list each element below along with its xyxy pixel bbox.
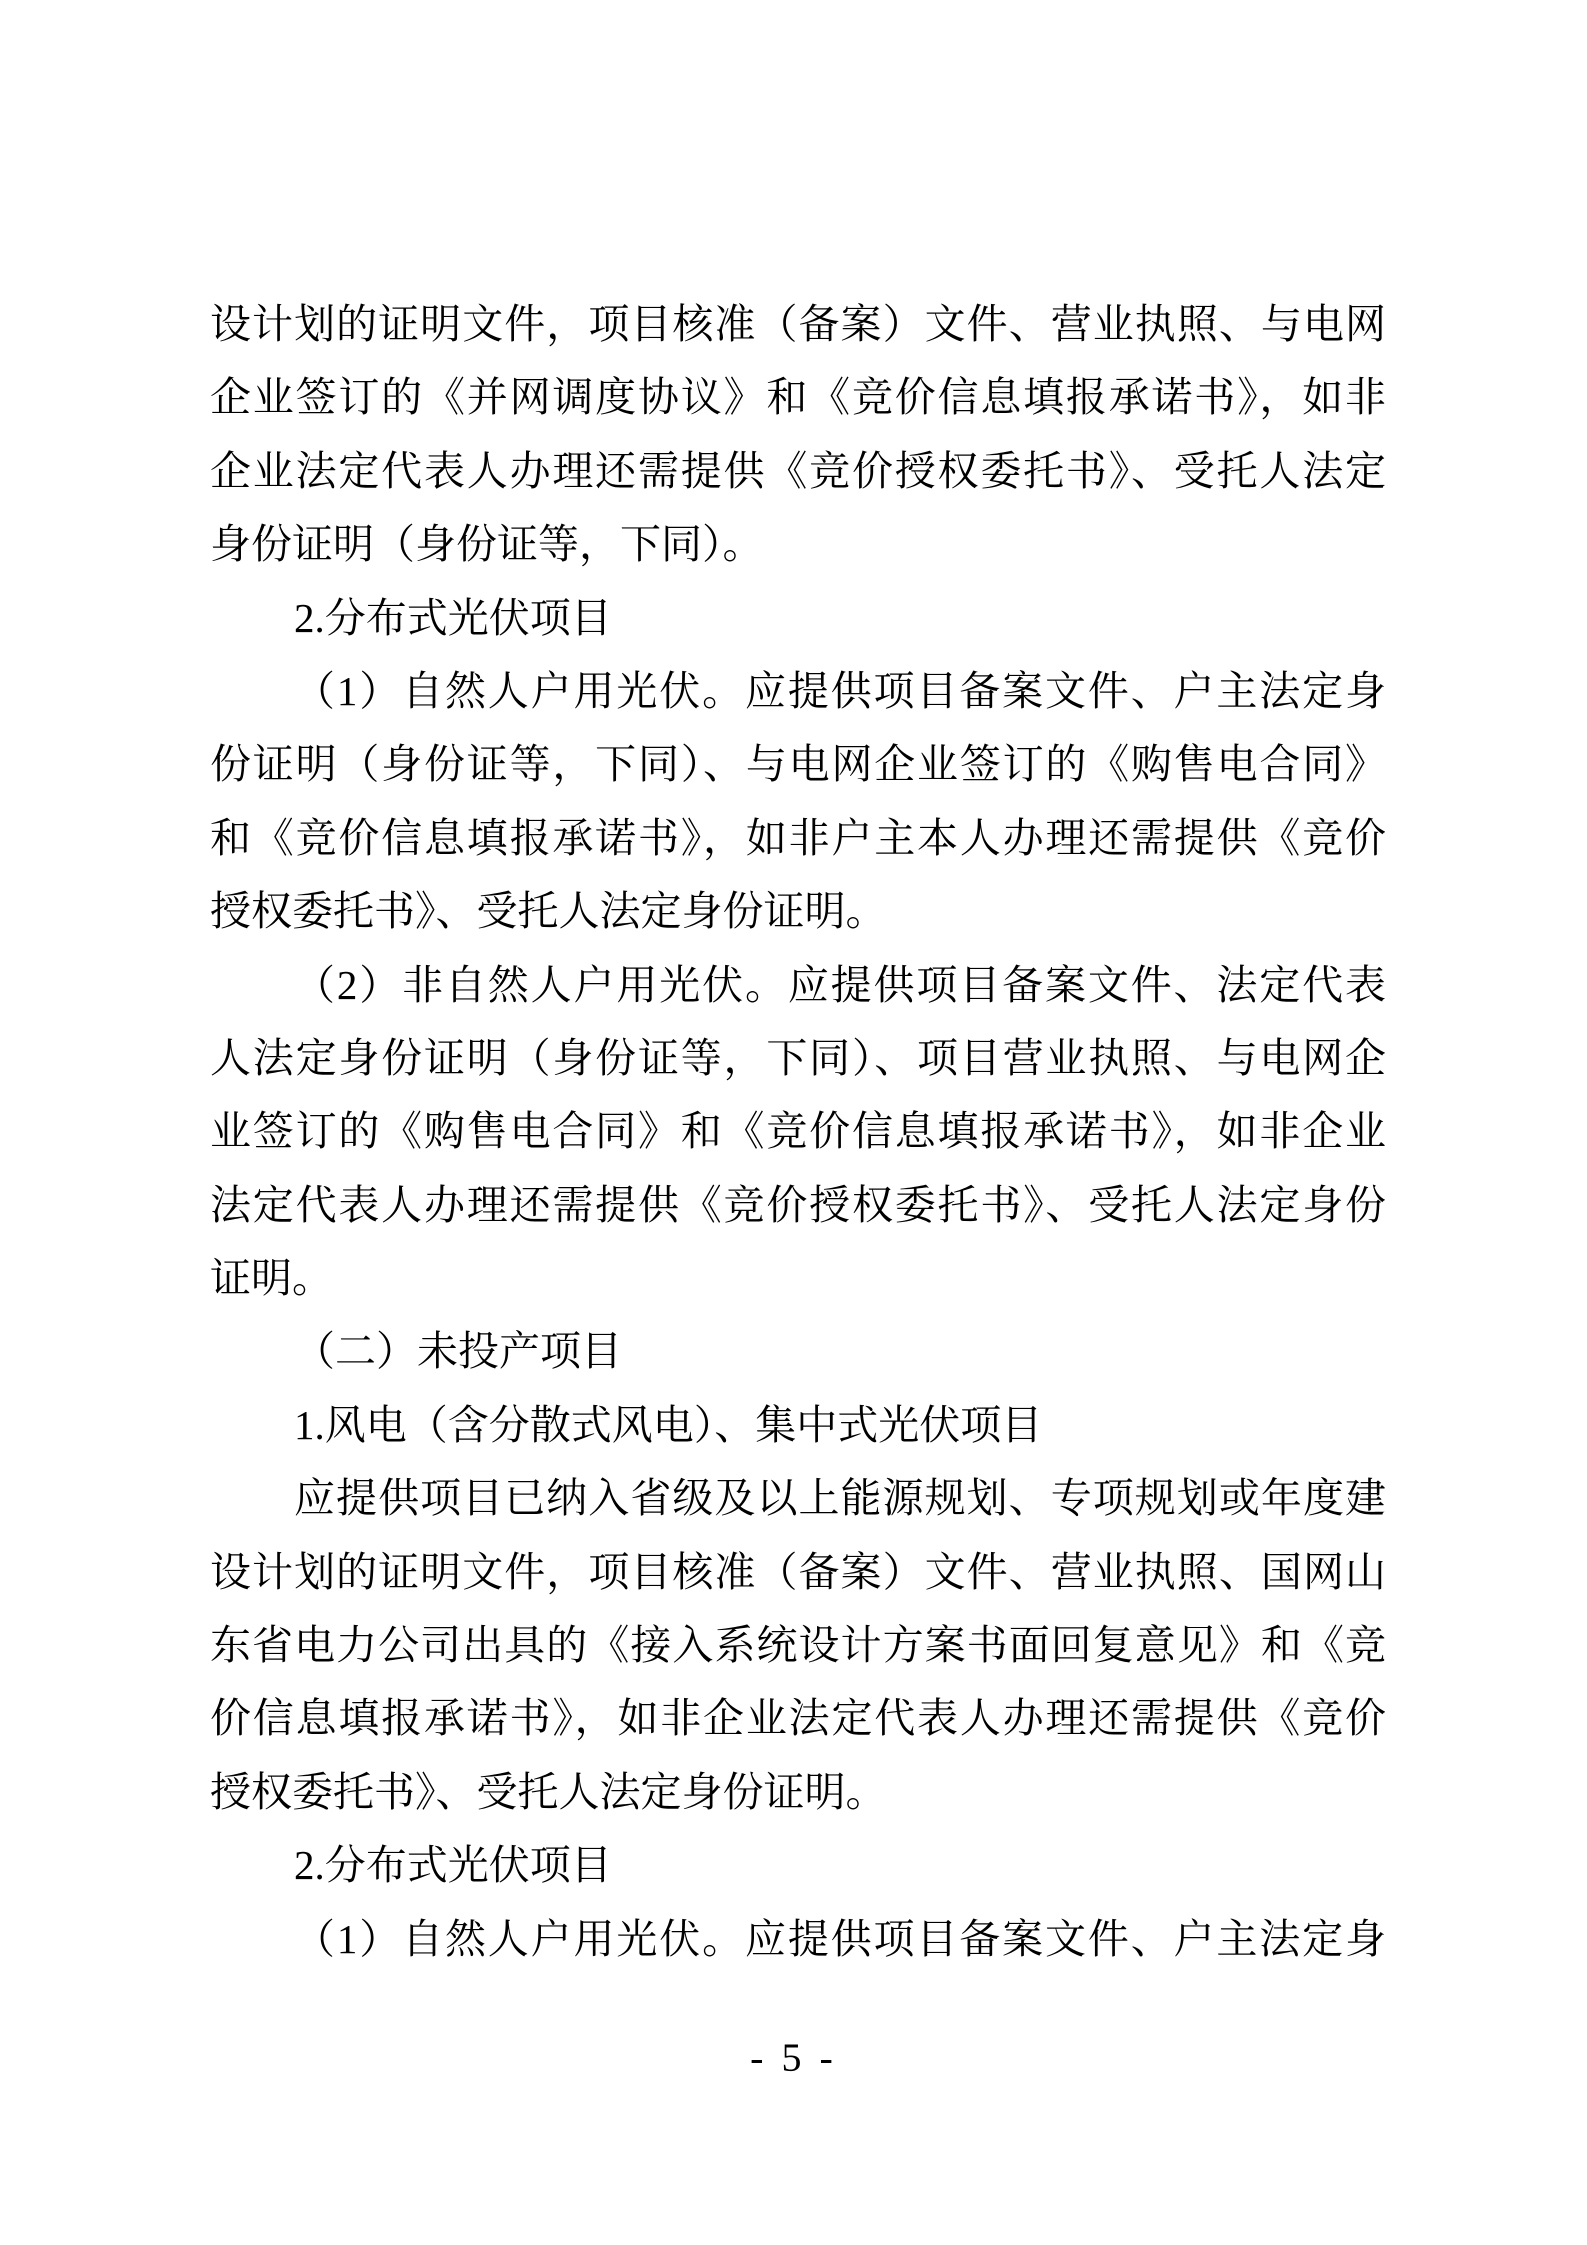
text-line: （2）非自然人户用光伏。应提供项目备案文件、法定代表 xyxy=(210,949,1386,1022)
text-line: 应提供项目已纳入省级及以上能源规划、专项规划或年度建 xyxy=(210,1462,1386,1535)
text-line: 法定代表人办理还需提供《竞价授权委托书》、受托人法定身份 xyxy=(210,1169,1386,1242)
text-line: 东省电力公司出具的《接入系统设计方案书面回复意见》和《竞 xyxy=(210,1609,1386,1682)
text-line: 份证明（身份证等，下同）、与电网企业签订的《购售电合同》 xyxy=(210,728,1386,801)
document-body: 设计划的证明文件，项目核准（备案）文件、营业执照、与电网企业签订的《并网调度协议… xyxy=(210,288,1386,1976)
text-line: 设计划的证明文件，项目核准（备案）文件、营业执照、与电网 xyxy=(210,288,1386,361)
text-line: 价信息填报承诺书》，如非企业法定代表人办理还需提供《竞价 xyxy=(210,1682,1386,1755)
text-line: 企业法定代表人办理还需提供《竞价授权委托书》、受托人法定 xyxy=(210,435,1386,508)
text-line: 2.分布式光伏项目 xyxy=(210,1829,1386,1902)
text-line: 身份证明（身份证等，下同）。 xyxy=(210,508,1386,581)
text-line: （1）自然人户用光伏。应提供项目备案文件、户主法定身 xyxy=(210,655,1386,728)
text-line: 人法定身份证明（身份证等，下同）、项目营业执照、与电网企 xyxy=(210,1022,1386,1095)
text-line: 1.风电（含分散式风电）、集中式光伏项目 xyxy=(210,1389,1386,1462)
text-line: （1）自然人户用光伏。应提供项目备案文件、户主法定身 xyxy=(210,1903,1386,1976)
text-line: 和《竞价信息填报承诺书》，如非户主本人办理还需提供《竞价 xyxy=(210,802,1386,875)
text-line: 2.分布式光伏项目 xyxy=(210,582,1386,655)
text-line: 企业签订的《并网调度协议》和《竞价信息填报承诺书》，如非 xyxy=(210,361,1386,434)
text-line: 授权委托书》、受托人法定身份证明。 xyxy=(210,875,1386,948)
text-line: 授权委托书》、受托人法定身份证明。 xyxy=(210,1756,1386,1829)
text-line: 证明。 xyxy=(210,1242,1386,1315)
page-number: - 5 - xyxy=(0,2036,1587,2080)
document-page: 设计划的证明文件，项目核准（备案）文件、营业执照、与电网企业签订的《并网调度协议… xyxy=(0,0,1587,2245)
text-line: 业签订的《购售电合同》和《竞价信息填报承诺书》，如非企业 xyxy=(210,1095,1386,1168)
text-line: 设计划的证明文件，项目核准（备案）文件、营业执照、国网山 xyxy=(210,1536,1386,1609)
text-line: （二）未投产项目 xyxy=(210,1315,1386,1388)
